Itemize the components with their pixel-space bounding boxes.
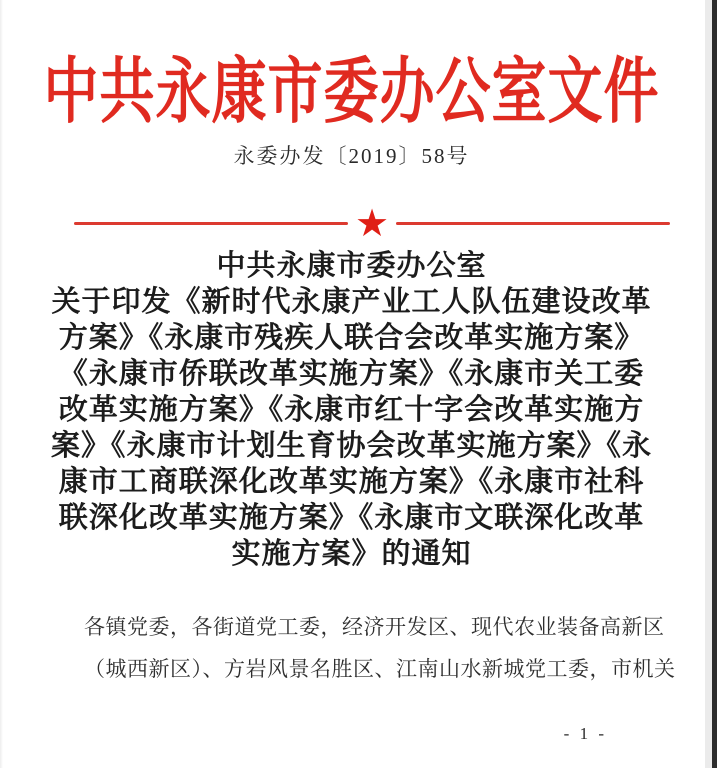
addressee-paragraph: 各镇党委，各街道党工委，经济开发区、现代农业装备高新区 （城西新区）、方岩风景名… [84,606,643,690]
masthead-title: 中共永康市委办公室文件 [0,34,703,137]
red-star-icon: ★ [348,206,396,240]
red-divider: ★ [74,206,670,240]
document-number: 永委办发〔2019〕58号 [0,140,703,170]
notice-title-line: 实施方案》的通知 [30,536,673,572]
scan-edge-dark [712,0,717,768]
notice-title-line: 《永康市侨联改革实施方案》《永康市关工委 [30,356,673,392]
notice-title-line: 中共永康市委办公室 [30,248,673,284]
addressee-line: （城西新区）、方岩风景名胜区、江南山水新城党工委，市机关 [84,648,643,690]
notice-title-line: 改革实施方案》《永康市红十字会改革实施方 [30,392,673,428]
page-number: - 1 - [564,724,607,744]
addressee-line: 各镇党委，各街道党工委，经济开发区、现代农业装备高新区 [84,606,643,648]
scan-edge-light [705,0,712,768]
notice-title-line: 康市工商联深化改革实施方案》《永康市社科 [30,464,673,500]
document-page: 中共永康市委办公室文件 永委办发〔2019〕58号 ★ 中共永康市委办公室 关于… [0,0,717,768]
notice-title-line: 联深化改革实施方案》《永康市文联深化改革 [30,500,673,536]
notice-title: 中共永康市委办公室 关于印发《新时代永康产业工人队伍建设改革 方案》《永康市残疾… [30,248,673,572]
scan-edge-left [0,0,3,768]
notice-title-line: 关于印发《新时代永康产业工人队伍建设改革 [30,284,673,320]
divider-rule-left [74,222,348,225]
notice-title-line: 方案》《永康市残疾人联合会改革实施方案》 [30,320,673,356]
divider-rule-right [396,222,670,225]
notice-title-line: 案》《永康市计划生育协会改革实施方案》《永 [30,428,673,464]
